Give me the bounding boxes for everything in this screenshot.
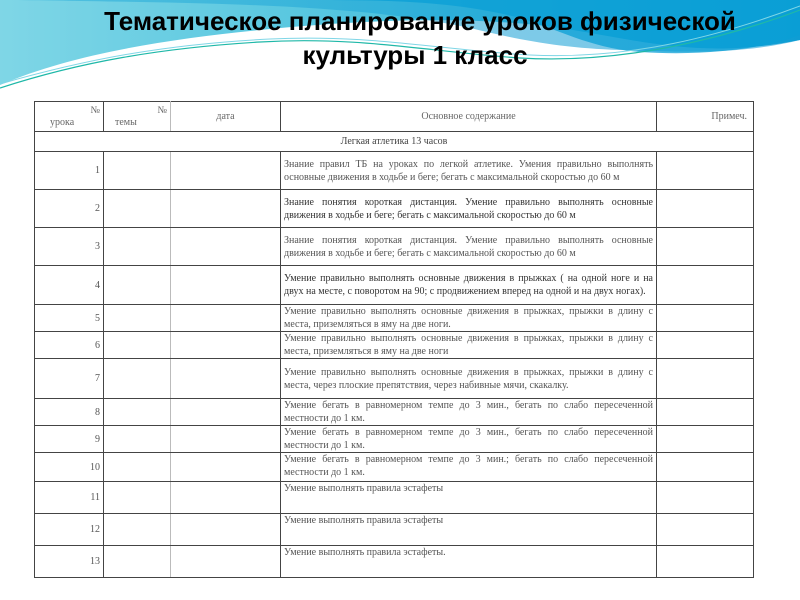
content-cell: Умение правильно выполнять основные движ… [281,305,657,332]
date-cell [171,266,281,305]
table-row: 3 Знание понятия короткая дистанция. Уме… [35,228,754,266]
title-line-2: культуры 1 класс [0,38,800,72]
lesson-number: 5 [35,305,104,332]
header-topic-no: № темы [104,102,171,132]
notes-cell [657,359,754,399]
table-row: 1 Знание правил ТБ на уроках по легкой а… [35,152,754,190]
topic-number-cell [104,453,171,482]
topic-number-cell [104,514,171,546]
topic-number-cell [104,152,171,190]
notes-cell [657,190,754,228]
lesson-number: 13 [35,546,104,578]
content-cell: Умение правильно выполнять основные движ… [281,359,657,399]
notes-cell [657,514,754,546]
notes-cell [657,266,754,305]
date-cell [171,359,281,399]
topic-number-cell [104,266,171,305]
content-cell: Умение правильно выполнять основные движ… [281,332,657,359]
date-cell [171,426,281,453]
lesson-number: 11 [35,482,104,514]
lesson-number: 10 [35,453,104,482]
content-cell: Умение бегать в равномерном темпе до 3 м… [281,426,657,453]
header-notes: Примеч. [657,102,754,132]
lesson-number: 3 [35,228,104,266]
content-cell: Умение выполнять правила эстафеты [281,514,657,546]
section-title: Легкая атлетика 13 часов [35,132,754,152]
notes-cell [657,546,754,578]
header-content: Основное содержание [281,102,657,132]
date-cell [171,546,281,578]
header-lesson-no: № урока [35,102,104,132]
content-cell: Знание понятия короткая дистанция. Умени… [281,228,657,266]
topic-number-cell [104,546,171,578]
topic-number-cell [104,190,171,228]
topic-number-cell [104,426,171,453]
table-row: 5 Умение правильно выполнять основные дв… [35,305,754,332]
table-row: 9 Умение бегать в равномерном темпе до 3… [35,426,754,453]
topic-number-cell [104,305,171,332]
content-cell: Умение бегать в равномерном темпе до 3 м… [281,399,657,426]
date-cell [171,152,281,190]
topic-number-cell [104,482,171,514]
notes-cell [657,453,754,482]
notes-cell [657,152,754,190]
topic-number-cell [104,228,171,266]
title-line-1: Тематическое планирование уроков физичес… [0,4,800,38]
table-row: 11 Умение выполнять правила эстафеты [35,482,754,514]
content-cell: Умение бегать в равномерном темпе до 3 м… [281,453,657,482]
table-row: 4 Умение правильно выполнять основные дв… [35,266,754,305]
lesson-number: 4 [35,266,104,305]
content-cell: Знание правил ТБ на уроках по легкой атл… [281,152,657,190]
section-row: Легкая атлетика 13 часов [35,132,754,152]
date-cell [171,190,281,228]
topic-number-cell [104,399,171,426]
notes-cell [657,332,754,359]
date-cell [171,453,281,482]
date-cell [171,482,281,514]
content-cell: Знание понятия короткая дистанция. Умени… [281,190,657,228]
lesson-number: 6 [35,332,104,359]
lesson-number: 12 [35,514,104,546]
lesson-plan-table: № урока № темы дата Основное содержание … [34,101,754,578]
slide-title: Тематическое планирование уроков физичес… [0,0,800,72]
notes-cell [657,305,754,332]
lesson-number: 8 [35,399,104,426]
lesson-number: 7 [35,359,104,399]
lesson-number: 1 [35,152,104,190]
header-date: дата [171,102,281,132]
date-cell [171,332,281,359]
table-header-row: № урока № темы дата Основное содержание … [35,102,754,132]
table-row: 13 Умение выполнять правила эстафеты. [35,546,754,578]
table-row: 7 Умение правильно выполнять основные дв… [35,359,754,399]
topic-number-cell [104,359,171,399]
content-cell: Умение выполнять правила эстафеты [281,482,657,514]
table-row: 12 Умение выполнять правила эстафеты [35,514,754,546]
topic-number-cell [104,332,171,359]
notes-cell [657,426,754,453]
date-cell [171,228,281,266]
date-cell [171,514,281,546]
notes-cell [657,228,754,266]
lesson-number: 9 [35,426,104,453]
content-cell: Умение правильно выполнять основные движ… [281,266,657,305]
notes-cell [657,482,754,514]
table-row: 2 Знание понятия короткая дистанция. Уме… [35,190,754,228]
notes-cell [657,399,754,426]
table-row: 10 Умение бегать в равномерном темпе до … [35,453,754,482]
date-cell [171,305,281,332]
content-cell: Умение выполнять правила эстафеты. [281,546,657,578]
date-cell [171,399,281,426]
lesson-number: 2 [35,190,104,228]
table-row: 6 Умение правильно выполнять основные дв… [35,332,754,359]
table-row: 8 Умение бегать в равномерном темпе до 3… [35,399,754,426]
